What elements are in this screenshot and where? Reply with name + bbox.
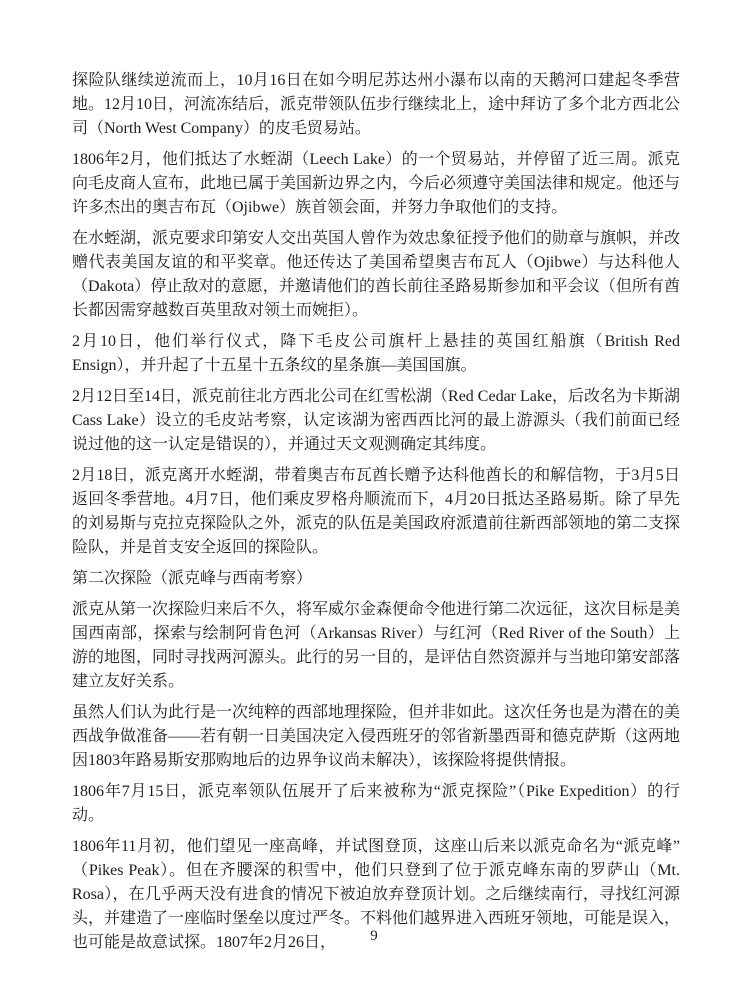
body-paragraph: 1806年7月15日，派克率领队伍展开了后来被称为“派克探险”（Pike Exp… bbox=[72, 780, 680, 828]
body-paragraph: 2月12日至14日，派克前往北方西北公司在红雪松湖（Red Cedar Lake… bbox=[72, 385, 680, 457]
page-content: 探险队继续逆流而上，10月16日在如今明尼苏达州小瀑布以南的天鹅河口建起冬季营地… bbox=[72, 69, 680, 962]
body-paragraph: 在水蛭湖，派克要求印第安人交出英国人曾作为效忠象征授予他们的勋章与旗帜，并改赠代… bbox=[72, 227, 680, 323]
body-paragraph: 派克从第一次探险归来后不久，将军威尔金森便命令他进行第二次远征，这次目标是美国西… bbox=[72, 598, 680, 694]
document-page: 探险队继续逆流而上，10月16日在如今明尼苏达州小瀑布以南的天鹅河口建起冬季营地… bbox=[0, 0, 748, 1000]
body-paragraph: 虽然人们认为此行是一次纯粹的西部地理探险，但并非如此。这次任务也是为潜在的美西战… bbox=[72, 701, 680, 773]
body-paragraph: 探险队继续逆流而上，10月16日在如今明尼苏达州小瀑布以南的天鹅河口建起冬季营地… bbox=[72, 69, 680, 141]
body-paragraph: 1806年2月，他们抵达了水蛭湖（Leech Lake）的一个贸易站，并停留了近… bbox=[72, 148, 680, 220]
section-heading: 第二次探险（派克峰与西南考察） bbox=[72, 567, 680, 591]
page-number: 9 bbox=[370, 928, 378, 944]
page-footer: 9 bbox=[0, 926, 748, 946]
body-paragraph: 2月18日，派克离开水蛭湖，带着奥吉布瓦酋长赠予达科他酋长的和解信物，于3月5日… bbox=[72, 464, 680, 560]
body-paragraph: 2月10日，他们举行仪式，降下毛皮公司旗杆上悬挂的英国红船旗（British R… bbox=[72, 330, 680, 378]
